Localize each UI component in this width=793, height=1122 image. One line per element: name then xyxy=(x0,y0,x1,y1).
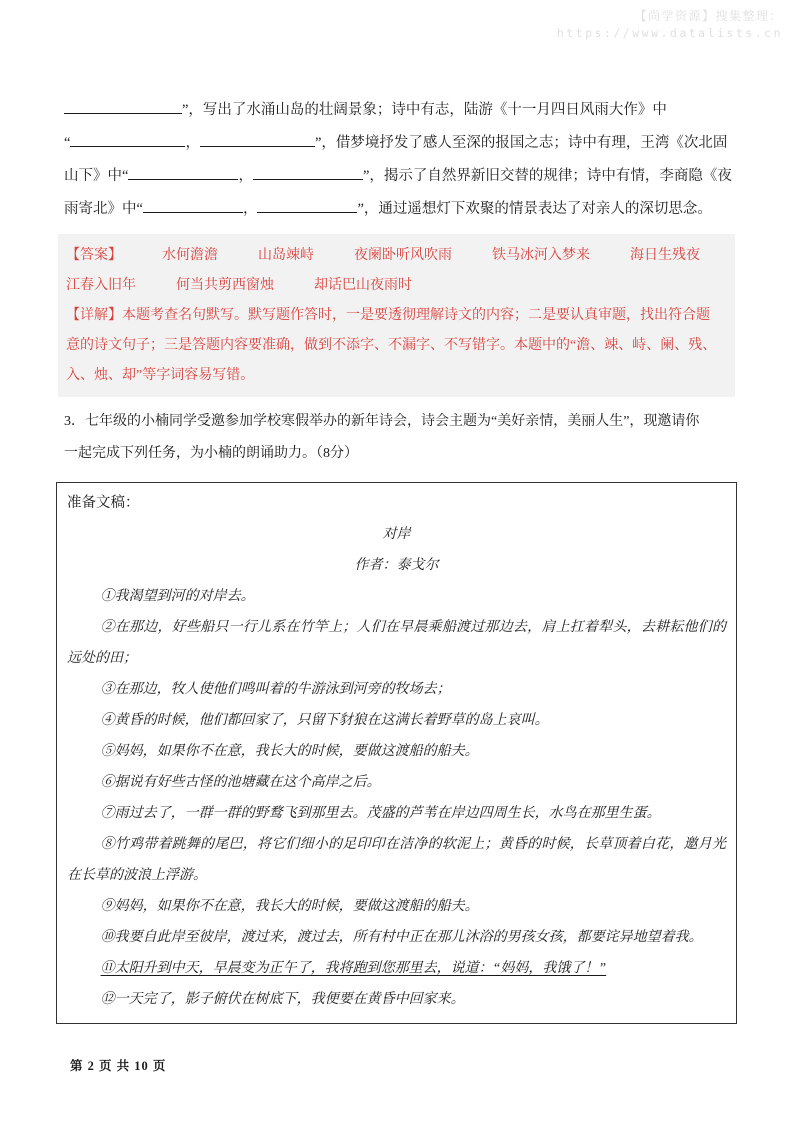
answer-item: 何当共剪西窗烛 xyxy=(176,271,274,301)
intro-text: ， xyxy=(243,201,258,217)
answer-row-2: 江春入旧年何当共剪西窗烛却话巴山夜雨时 xyxy=(66,271,727,301)
detail-line: 【详解】本题考查名句默写。默写题作答时，一是要透彻理解诗文的内容；二是要认真审题… xyxy=(66,301,727,331)
blank-underline xyxy=(64,98,182,114)
question-line: 3．七年级的小楠同学受邀参加学校寒假举办的新年诗会，诗会主题为“美好亲情，美丽人… xyxy=(64,406,729,438)
poem-stanza: ⑦雨过去了，一群一群的野鹜飞到那里去。茂盛的芦苇在岸边四周生长，水鸟在那里生蛋。 xyxy=(67,798,726,829)
poem-box: 准备文稿： 对岸 作者：泰戈尔 ①我渴望到河的对岸去。②在那边，好些船只一行儿系… xyxy=(56,482,737,1024)
poem-stanza: ②在那边，好些船只一行儿系在竹竿上；人们在早晨乘船渡过那边去，肩上扛着犁头，去耕… xyxy=(67,612,726,674)
poem-stanza: ⑥据说有好些古怪的池塘藏在这个高岸之后。 xyxy=(67,767,726,798)
poem-stanza: ④黄昏的时候，他们都回家了，只留下豺狼在这满长着野草的岛上哀叫。 xyxy=(67,705,726,736)
poem-stanzas: ①我渴望到河的对岸去。②在那边，好些船只一行儿系在竹竿上；人们在早晨乘船渡过那边… xyxy=(67,581,726,1015)
intro-text: ”，写出了水涌山岛的壮阔景象；诗中有志，陆游《十一月四日风雨大作》中 xyxy=(182,102,667,118)
document-page: 【尚学资源】搜集整理： https://www.datalists.cn ”，写… xyxy=(0,0,793,1122)
watermark: 【尚学资源】搜集整理： https://www.datalists.cn xyxy=(557,8,783,42)
question-line: 一起完成下列任务，为小楠的朗诵助力。（8分） xyxy=(64,438,729,470)
intro-line: “，”，借梦境抒发了感人至深的报国之志；诗中有理，王湾《次北固 xyxy=(64,127,729,160)
intro-text: ， xyxy=(185,135,200,151)
intro-text: 山下》中“ xyxy=(64,168,128,184)
poem-author: 作者：泰戈尔 xyxy=(67,550,726,581)
poem-stanza: ⑪太阳升到中天，早晨变为正午了，我将跑到您那里去，说道：“妈妈，我饿了！” xyxy=(67,953,726,984)
poem-stanza: ⑩我要自此岸至彼岸，渡过来，渡过去，所有村中正在那儿沐浴的男孩女孩，都要诧异地望… xyxy=(67,922,726,953)
answer-item: 山岛竦峙 xyxy=(258,241,314,271)
poem-heading: 准备文稿： xyxy=(67,488,726,519)
answer-item: 夜阑卧听风吹雨 xyxy=(354,241,452,271)
blank-underline xyxy=(128,164,238,180)
answer-item: 却话巴山夜雨时 xyxy=(314,271,412,301)
blank-underline xyxy=(143,197,243,213)
poem-stanza: ⑨妈妈，如果你不在意，我长大的时候，要做这渡船的船夫。 xyxy=(67,891,726,922)
intro-text: ”，通过遥想灯下欢聚的情景表达了对亲人的深切思念。 xyxy=(357,201,711,217)
intro-text: 雨寄北》中“ xyxy=(64,201,143,217)
answer-row-1: 【答案】 水何澹澹山岛竦峙夜阑卧听风吹雨铁马冰河入梦来海日生残夜 xyxy=(66,241,727,271)
watermark-url: https://www.datalists.cn xyxy=(557,25,783,42)
answer-item: 江春入旧年 xyxy=(66,271,136,301)
question-3: 3．七年级的小楠同学受邀参加学校寒假举办的新年诗会，诗会主题为“美好亲情，美丽人… xyxy=(64,406,729,470)
intro-line: 山下》中“，”，揭示了自然界新旧交替的规律；诗中有情，李商隐《夜 xyxy=(64,160,729,193)
blank-underline xyxy=(200,131,315,147)
answer-label: 【答案】 xyxy=(66,241,122,271)
intro-line: 雨寄北》中“，”，通过遥想灯下欢聚的情景表达了对亲人的深切思念。 xyxy=(64,193,729,226)
poem-stanza: ⑧竹鸡带着跳舞的尾巴，将它们细小的足印印在洁净的软泥上；黄昏的时候，长草顶着白花… xyxy=(67,829,726,891)
poem-title: 对岸 xyxy=(67,519,726,550)
intro-text: ”，借梦境抒发了感人至深的报国之志；诗中有理，王湾《次北固 xyxy=(315,135,727,151)
blank-underline xyxy=(253,164,363,180)
blank-underline xyxy=(257,197,357,213)
watermark-source: 【尚学资源】搜集整理： xyxy=(557,8,783,25)
detail-line: 意的诗文句子；三是答题内容要准确，做到不添字、不漏字、不写错字。本题中的“澹、竦… xyxy=(66,331,727,361)
page-footer: 第 2 页 共 10 页 xyxy=(70,1056,166,1074)
answer-item: 水何澹澹 xyxy=(162,241,218,271)
poem-stanza: ⑤妈妈，如果你不在意，我长大的时候，要做这渡船的船夫。 xyxy=(67,736,726,767)
intro-line: ”，写出了水涌山岛的壮阔景象；诗中有志，陆游《十一月四日风雨大作》中 xyxy=(64,94,729,127)
poem-stanza: ⑫一天完了，影子俯伏在树底下，我便要在黄昏中回家来。 xyxy=(67,984,726,1015)
poem-stanza: ③在那边，牧人使他们鸣叫着的牛游泳到河旁的牧场去； xyxy=(67,674,726,705)
poem-stanza: ①我渴望到河的对岸去。 xyxy=(67,581,726,612)
answer-detail: 【详解】本题考查名句默写。默写题作答时，一是要透彻理解诗文的内容；二是要认真审题… xyxy=(66,301,727,391)
answer-block: 【答案】 水何澹澹山岛竦峙夜阑卧听风吹雨铁马冰河入梦来海日生残夜 江春入旧年何当… xyxy=(58,234,735,397)
document-content: ”，写出了水涌山岛的壮阔景象；诗中有志，陆游《十一月四日风雨大作》中“，”，借梦… xyxy=(0,0,793,1024)
intro-text: ， xyxy=(238,168,253,184)
answer-item: 铁马冰河入梦来 xyxy=(492,241,590,271)
intro-text: ”，揭示了自然界新旧交替的规律；诗中有情，李商隐《夜 xyxy=(363,168,732,184)
answer-item: 海日生残夜 xyxy=(630,241,700,271)
blank-underline xyxy=(70,131,185,147)
detail-line: 入、烛、却”等字词容易写错。 xyxy=(66,361,727,391)
